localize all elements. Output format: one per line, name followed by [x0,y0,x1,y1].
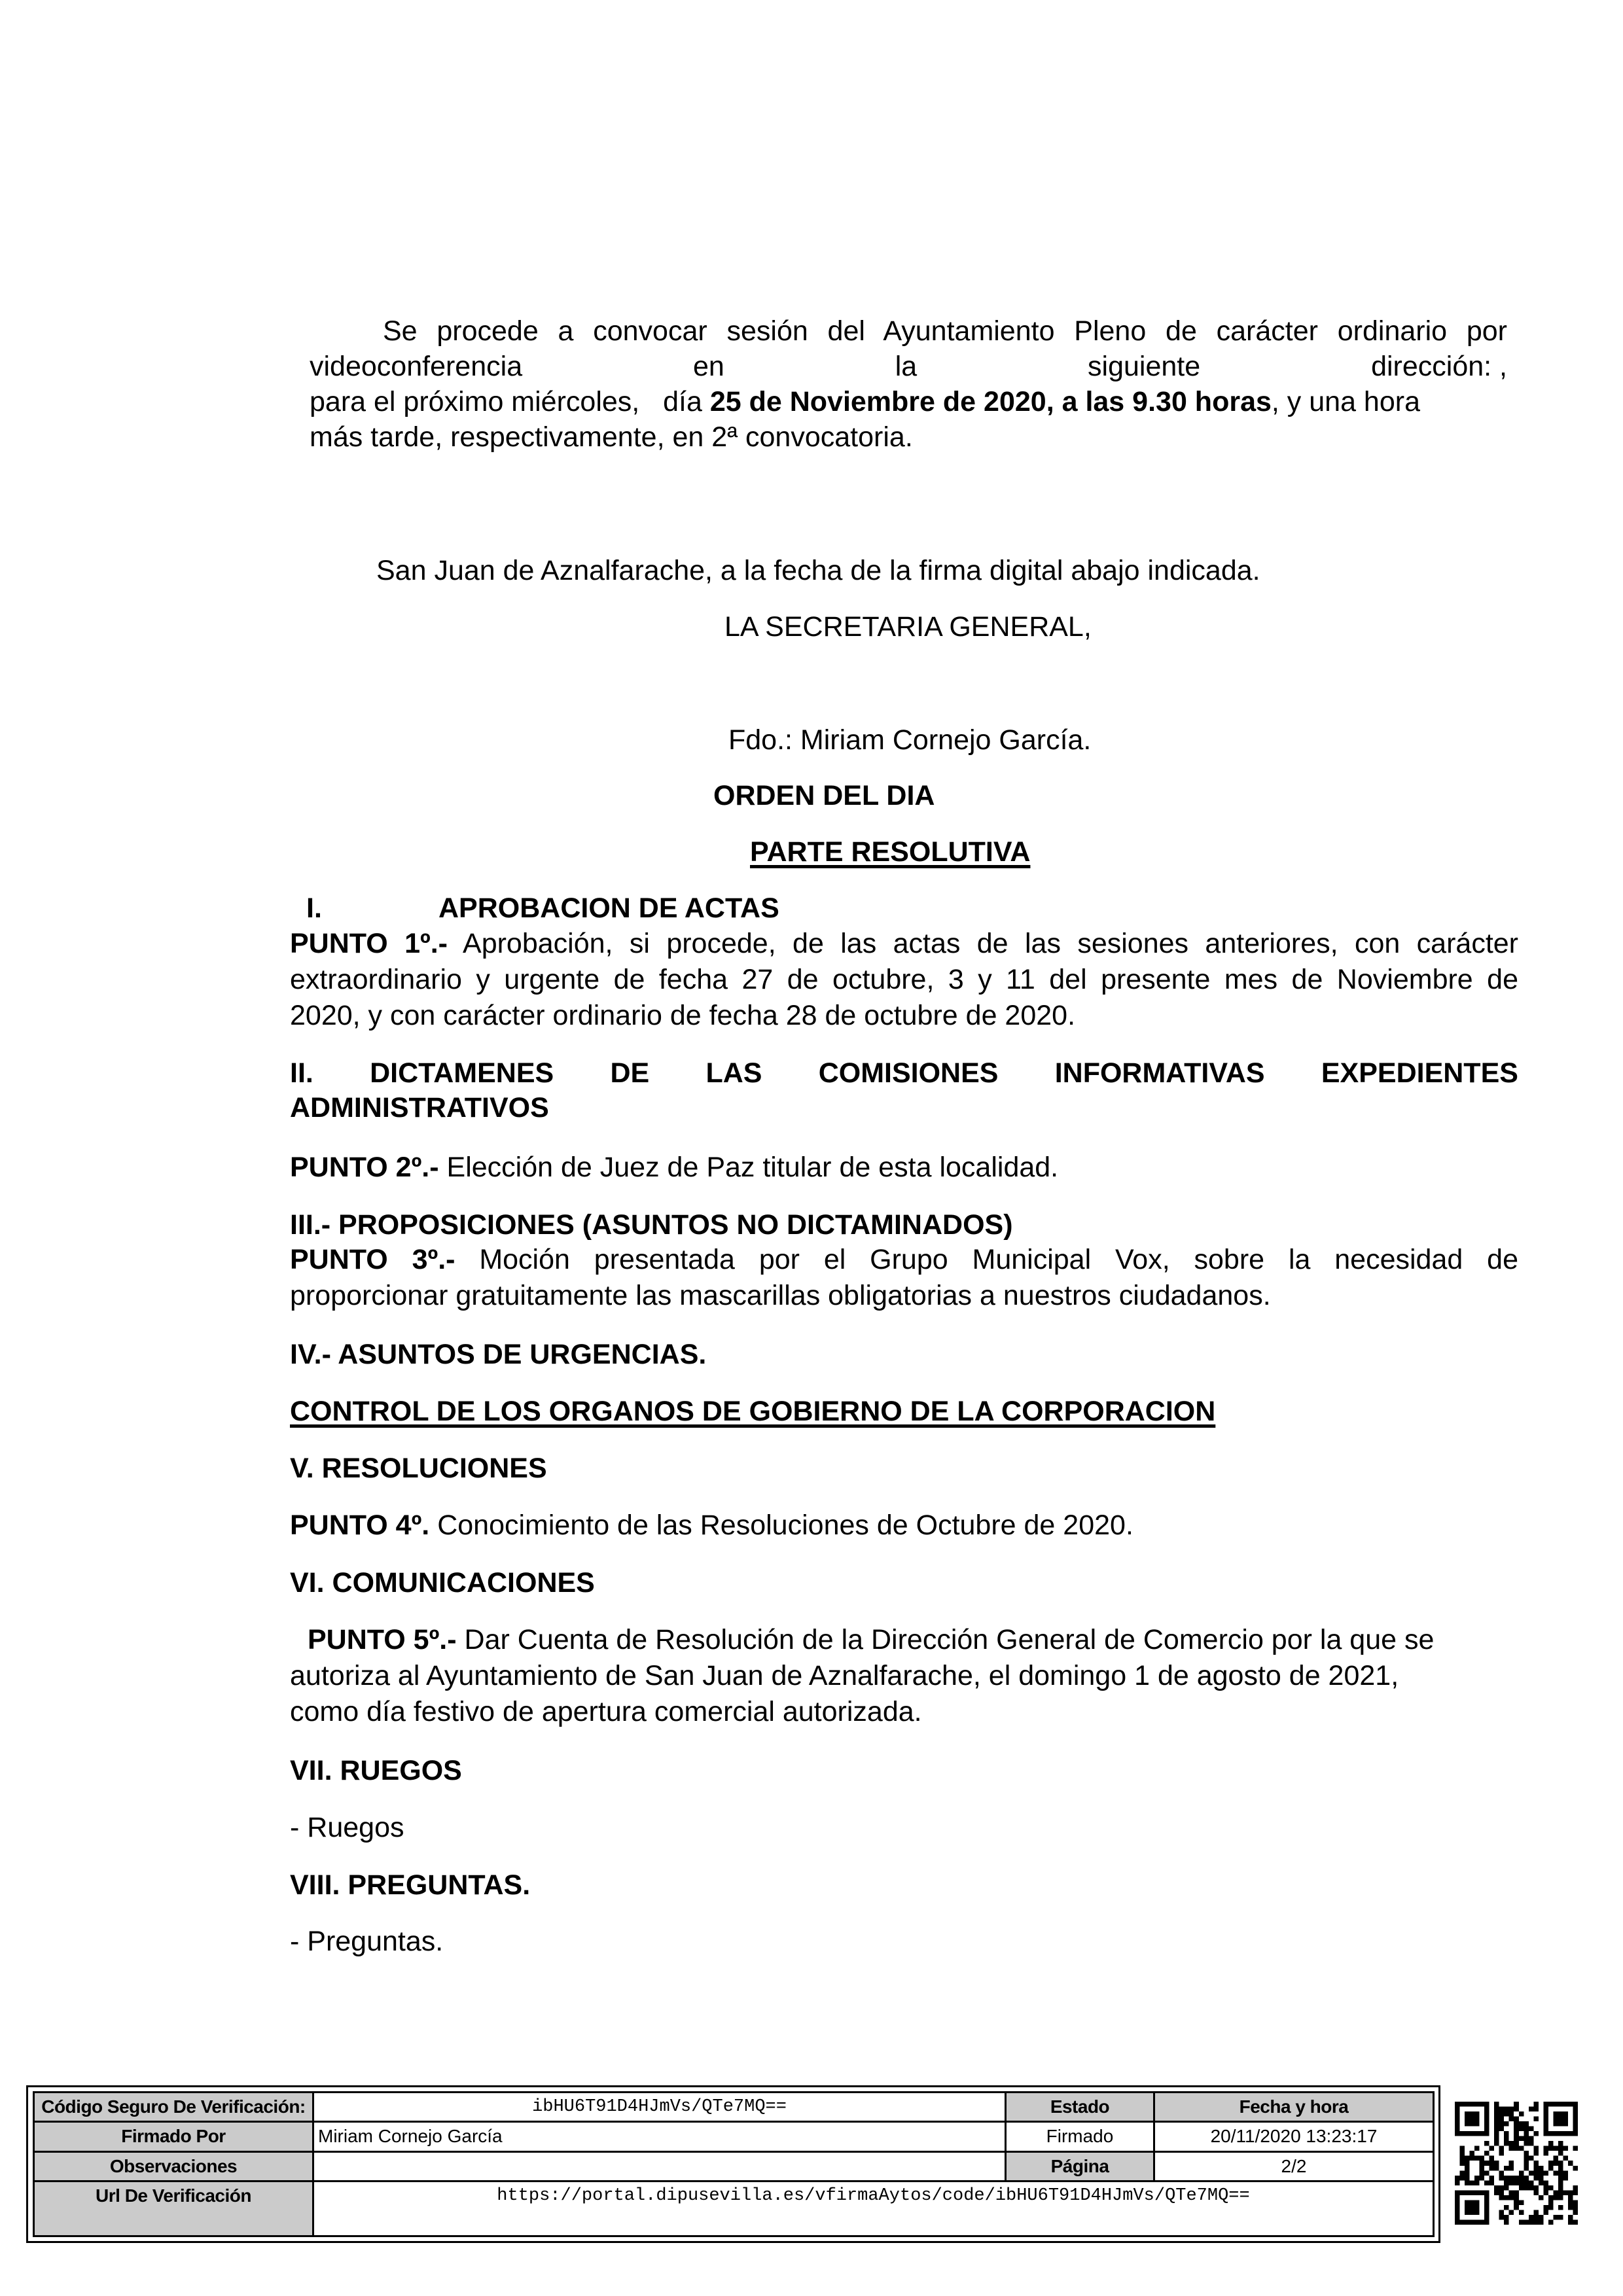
section-2-title-cont: ADMINISTRATIVOS [290,1091,549,1125]
signer-name: Fdo.: Miriam Cornejo García. [728,723,1091,757]
point-5-line-2: autoriza al Ayuntamiento de San Juan de … [290,1659,1399,1693]
point-5-label: PUNTO 5º.- [308,1624,457,1655]
section-7-item: - Ruegos [290,1810,404,1845]
point-3-line-2: proporcionar gratuitamente las mascarill… [290,1279,1271,1313]
url-value[interactable]: https://portal.dipusevilla.es/vfirmaAyto… [314,2182,1433,2235]
section-8-item: - Preguntas. [290,1924,443,1958]
meeting-datetime: 25 de Noviembre de 2020, a las 9.30 hora… [710,386,1272,417]
signer-role: LA SECRETARIA GENERAL, [724,610,1092,644]
intro-word: videoconferencia [310,349,522,383]
signed-by-value: Miriam Cornejo García [314,2123,1007,2153]
datetime-label: Fecha y hora [1155,2093,1433,2123]
control-title: CONTROL DE LOS ORGANOS DE GOBIERNO DE LA… [290,1394,1215,1428]
intro-line-4: más tarde, respectivamente, en 2ª convoc… [310,420,913,454]
section-2-title: II. DICTAMENES DE LAS COMISIONES INFORMA… [290,1056,1518,1090]
intro-word: dirección: , [1371,349,1507,383]
point-3-line-1: PUNTO 3º.- Moción presentada por el Grup… [290,1243,1518,1277]
section-3-title: III.- PROPOSICIONES (ASUNTOS NO DICTAMIN… [290,1208,1013,1242]
section-5-title: V. RESOLUCIONES [290,1451,547,1485]
section-1-number: I. [306,891,322,925]
agenda-title: ORDEN DEL DIA [713,779,935,813]
part-title: PARTE RESOLUTIVA [750,835,1030,869]
point-2-label: PUNTO 2º.- [290,1152,439,1183]
point-1-line-2: extraordinario y urgente de fecha 27 de … [290,963,1518,997]
csv-value: ibHU6T91D4HJmVs/QTe7MQ== [314,2093,1007,2123]
notes-value [314,2153,1007,2182]
intro-word: siguiente [1088,349,1200,383]
datetime-value: 20/11/2020 13:23:17 [1155,2123,1433,2153]
intro-line-3: para el próximo miércoles, día 25 de Nov… [310,385,1420,419]
status-label: Estado [1007,2093,1155,2123]
signed-by-label: Firmado Por [35,2123,314,2153]
point-5-line-3: como día festivo de apertura comercial a… [290,1695,922,1729]
intro-word: la [895,349,917,383]
point-1-line-3: 2020, y con carácter ordinario de fecha … [290,998,1075,1033]
point-1-label: PUNTO 1º.- [290,928,448,959]
point-1-line-1: PUNTO 1º.- Aprobación, si procede, de la… [290,927,1518,961]
section-7-title: VII. RUEGOS [290,1754,462,1788]
section-8-title: VIII. PREGUNTAS. [290,1868,530,1902]
intro-word: en [693,349,724,383]
point-5-line-1: PUNTO 5º.- Dar Cuenta de Resolución de l… [308,1623,1434,1657]
page-label: Página [1007,2153,1155,2182]
point-4: PUNTO 4º. Conocimiento de las Resolucion… [290,1508,1133,1542]
point-3-label: PUNTO 3º.- [290,1244,455,1275]
intro-line-1: Se procede a convocar sesión del Ayuntam… [310,314,1507,348]
section-1-title: APROBACION DE ACTAS [438,891,779,925]
intro-line-2: videoconferencia en la siguiente direcci… [310,349,1507,383]
point-4-label: PUNTO 4º. [290,1510,429,1541]
point-2: PUNTO 2º.- Elección de Juez de Paz titul… [290,1150,1058,1184]
qr-code-icon[interactable] [1455,2102,1578,2225]
section-4-title: IV.- ASUNTOS DE URGENCIAS. [290,1337,706,1371]
csv-label: Código Seguro De Verificación: [35,2093,314,2123]
section-6-title: VI. COMUNICACIONES [290,1566,595,1600]
url-label: Url De Verificación [35,2182,314,2235]
notes-label: Observaciones [35,2153,314,2182]
page-value: 2/2 [1155,2153,1433,2182]
status-value: Firmado [1007,2123,1155,2153]
place-date: San Juan de Aznalfarache, a la fecha de … [376,554,1260,588]
